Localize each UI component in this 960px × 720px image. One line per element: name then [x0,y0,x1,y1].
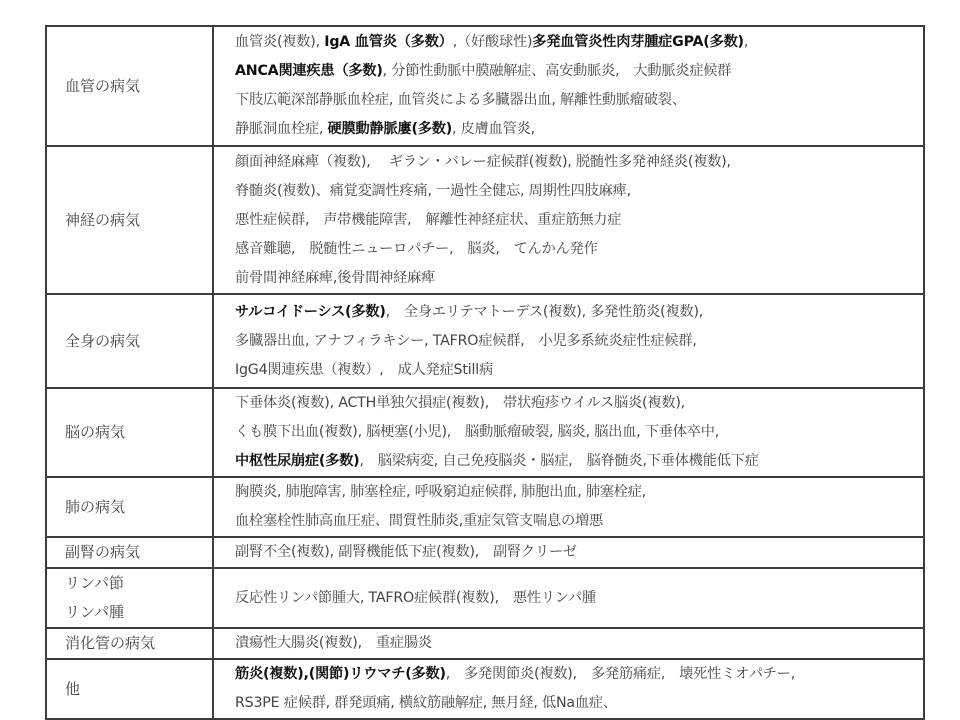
disease-line: 血栓塞栓性肺高血圧症、間質性肺炎,重症気管支喘息の増悪 [235,507,923,536]
disease-line: 反応性リンパ節腫大, TAFRO症候群(複数), 悪性リンパ腫 [235,584,923,613]
table-row-brain: 脳の病気下垂体炎(複数), ACTH単独欠損症(複数), 帯状疱疹ウイルス脳炎(… [46,388,924,477]
disease-text: 脊髄炎(複数)、痛覚変調性疼痛, 一過性全健忘, 周期性四肢麻痺, [235,183,631,199]
disease-line: 静脈洞血栓症, 硬膜動静脈廔(多数), 皮膚血管炎, [235,115,923,144]
table-row-adrenal: 副腎の病気副腎不全(複数), 副腎機能低下症(複数), 副腎クリーゼ [46,537,924,568]
emphasized-disease-text: IgA 血管炎（多数） [324,34,452,50]
disease-list-cell: 反応性リンパ節腫大, TAFRO症候群(複数), 悪性リンパ腫 [213,568,924,628]
disease-line: ANCA関連疾患（多数), 分節性動脈中膜融解症、高安動脈炎, 大動脈炎症候群 [235,57,923,86]
category-label: リンパ節 [65,569,212,598]
disease-list-cell: 顔面神経麻痺（複数), ギラン・バレー症候群(複数), 脱髄性多発神経炎(複数)… [213,146,924,294]
emphasized-disease-text: サルコイドーシス(多数) [235,304,386,320]
category-label: 血管の病気 [65,72,212,101]
emphasized-disease-text: ANCA関連疾患（多数) [235,63,383,79]
disease-list-cell: 潰瘍性大腸炎(複数), 重症腸炎 [213,628,924,659]
table-row-digestive: 消化管の病気潰瘍性大腸炎(複数), 重症腸炎 [46,628,924,659]
emphasized-disease-text: 中枢性尿崩症(多数) [235,453,359,469]
disease-line: 前骨間神経麻痺,後骨間神経麻痺 [235,264,923,293]
category-label: 消化管の病気 [65,629,212,658]
disease-text: , 全身エリテマトーデス(複数), 多発性筋炎(複数), [386,304,703,320]
category-cell: 神経の病気 [46,146,213,294]
table-row-vascular: 血管の病気血管炎(複数), IgA 血管炎（多数）,（好酸球性)多発血管炎性肉芽… [46,26,924,146]
disease-line: RS3PE 症候群, 群発頭痛, 横紋筋融解症, 無月経, 低Na血症、 [235,689,923,718]
disease-text: RS3PE 症候群, 群発頭痛, 横紋筋融解症, 無月経, 低Na血症、 [235,695,617,711]
category-label: 肺の病気 [65,493,212,522]
disease-text: 多臓器出血, アナフィラキシー, TAFRO症候群, 小児多系統炎症性症候群, [235,333,697,349]
disease-text: , 分節性動脈中膜融解症、高安動脈炎, 大動脈炎症候群 [383,63,732,79]
category-cell: 副腎の病気 [46,537,213,568]
disease-line: IgG4関連疾患（複数）, 成人発症Still病 [235,356,923,385]
disease-text: 静脈洞血栓症, [235,121,328,137]
table-row-lung: 肺の病気胸膜炎, 肺胞障害, 肺塞栓症, 呼吸窮迫症候群, 肺胞出血, 肺塞栓症… [46,477,924,537]
disease-text: , [744,34,748,50]
table-row-lymph: リンパ節リンパ腫反応性リンパ節腫大, TAFRO症候群(複数), 悪性リンパ腫 [46,568,924,628]
disease-text: , 多発関節炎(複数), 多発筋痛症, 壊死性ミオパチー, [446,666,795,682]
category-label: リンパ腫 [65,598,212,627]
table-row-systemic: 全身の病気サルコイドーシス(多数), 全身エリテマトーデス(複数), 多発性筋炎… [46,294,924,388]
category-cell: 血管の病気 [46,26,213,146]
disease-line: くも膜下出血(複数), 脳梗塞(小児), 脳動脈瘤破裂, 脳炎, 脳出血, 下垂… [235,418,923,447]
category-cell: 他 [46,659,213,719]
disease-line: 脊髄炎(複数)、痛覚変調性疼痛, 一過性全健忘, 周期性四肢麻痺, [235,177,923,206]
disease-list-cell: 副腎不全(複数), 副腎機能低下症(複数), 副腎クリーゼ [213,537,924,568]
emphasized-disease-text: 筋炎(複数),(関節)リウマチ(多数) [235,666,446,682]
disease-text: ,（好酸球性) [453,34,533,50]
disease-table: 血管の病気血管炎(複数), IgA 血管炎（多数）,（好酸球性)多発血管炎性肉芽… [45,25,925,720]
disease-text: 血栓塞栓性肺高血圧症、間質性肺炎,重症気管支喘息の増悪 [235,513,603,529]
disease-text: 反応性リンパ節腫大, TAFRO症候群(複数), 悪性リンパ腫 [235,590,596,606]
disease-line: 悪性症候群, 声帯機能障害, 解離性神経症状、重症筋無力症 [235,206,923,235]
category-cell: 肺の病気 [46,477,213,537]
category-label: 全身の病気 [65,327,212,356]
category-label: 副腎の病気 [65,538,212,567]
disease-line: 中枢性尿崩症(多数), 脳梁病変, 自己免疫脳炎・脳症, 脳脊髄炎,下垂体機能低… [235,447,923,476]
disease-line: 副腎不全(複数), 副腎機能低下症(複数), 副腎クリーゼ [235,538,923,567]
disease-text: 感音難聴, 脱髄性ニューロパチー, 脳炎, てんかん発作 [235,241,598,257]
disease-text: くも膜下出血(複数), 脳梗塞(小児), 脳動脈瘤破裂, 脳炎, 脳出血, 下垂… [235,424,719,440]
disease-line: 筋炎(複数),(関節)リウマチ(多数), 多発関節炎(複数), 多発筋痛症, 壊… [235,660,923,689]
category-label: 脳の病気 [65,418,212,447]
disease-list-cell: サルコイドーシス(多数), 全身エリテマトーデス(複数), 多発性筋炎(複数),… [213,294,924,388]
disease-text: 副腎不全(複数), 副腎機能低下症(複数), 副腎クリーゼ [235,544,577,560]
emphasized-disease-text: 多発血管炎性肉芽腫症GPA(多数) [532,34,744,50]
disease-text: 胸膜炎, 肺胞障害, 肺塞栓症, 呼吸窮迫症候群, 肺胞出血, 肺塞栓症, [235,484,646,500]
disease-line: 下垂体炎(複数), ACTH単独欠損症(複数), 帯状疱疹ウイルス脳炎(複数), [235,389,923,418]
disease-line: 潰瘍性大腸炎(複数), 重症腸炎 [235,629,923,658]
disease-text: 前骨間神経麻痺,後骨間神経麻痺 [235,270,435,286]
category-cell: 全身の病気 [46,294,213,388]
disease-line: 顔面神経麻痺（複数), ギラン・バレー症候群(複数), 脱髄性多発神経炎(複数)… [235,148,923,177]
disease-list-cell: 胸膜炎, 肺胞障害, 肺塞栓症, 呼吸窮迫症候群, 肺胞出血, 肺塞栓症,血栓塞… [213,477,924,537]
disease-line: 感音難聴, 脱髄性ニューロパチー, 脳炎, てんかん発作 [235,235,923,264]
disease-text: 下垂体炎(複数), ACTH単独欠損症(複数), 帯状疱疹ウイルス脳炎(複数), [235,395,685,411]
disease-line: 下肢広範深部静脈血栓症, 血管炎による多臓器出血, 解離性動脈瘤破裂、 [235,86,923,115]
disease-line: 血管炎(複数), IgA 血管炎（多数）,（好酸球性)多発血管炎性肉芽腫症GPA… [235,28,923,57]
emphasized-disease-text: 硬膜動静脈廔(多数) [328,121,452,137]
category-label: 他 [65,675,212,704]
disease-line: 胸膜炎, 肺胞障害, 肺塞栓症, 呼吸窮迫症候群, 肺胞出血, 肺塞栓症, [235,478,923,507]
table-row-nerve: 神経の病気顔面神経麻痺（複数), ギラン・バレー症候群(複数), 脱髄性多発神経… [46,146,924,294]
category-label: 神経の病気 [65,206,212,235]
disease-text: 顔面神経麻痺（複数), ギラン・バレー症候群(複数), 脱髄性多発神経炎(複数)… [235,154,731,170]
disease-text: , 皮膚血管炎, [452,121,535,137]
disease-text: , 脳梁病変, 自己免疫脳炎・脳症, 脳脊髄炎,下垂体機能低下症 [359,453,758,469]
disease-text: 悪性症候群, 声帯機能障害, 解離性神経症状、重症筋無力症 [235,212,621,228]
disease-list-cell: 筋炎(複数),(関節)リウマチ(多数), 多発関節炎(複数), 多発筋痛症, 壊… [213,659,924,719]
disease-text: 潰瘍性大腸炎(複数), 重症腸炎 [235,635,432,651]
category-cell: 消化管の病気 [46,628,213,659]
disease-line: サルコイドーシス(多数), 全身エリテマトーデス(複数), 多発性筋炎(複数), [235,298,923,327]
disease-list-cell: 下垂体炎(複数), ACTH単独欠損症(複数), 帯状疱疹ウイルス脳炎(複数),… [213,388,924,477]
category-cell: リンパ節リンパ腫 [46,568,213,628]
disease-list-cell: 血管炎(複数), IgA 血管炎（多数）,（好酸球性)多発血管炎性肉芽腫症GPA… [213,26,924,146]
disease-line: 多臓器出血, アナフィラキシー, TAFRO症候群, 小児多系統炎症性症候群, [235,327,923,356]
category-cell: 脳の病気 [46,388,213,477]
disease-text: 下肢広範深部静脈血栓症, 血管炎による多臓器出血, 解離性動脈瘤破裂、 [235,92,686,108]
disease-text: IgG4関連疾患（複数）, 成人発症Still病 [235,362,493,378]
table-row-other: 他筋炎(複数),(関節)リウマチ(多数), 多発関節炎(複数), 多発筋痛症, … [46,659,924,719]
disease-text: 血管炎(複数), [235,34,324,50]
